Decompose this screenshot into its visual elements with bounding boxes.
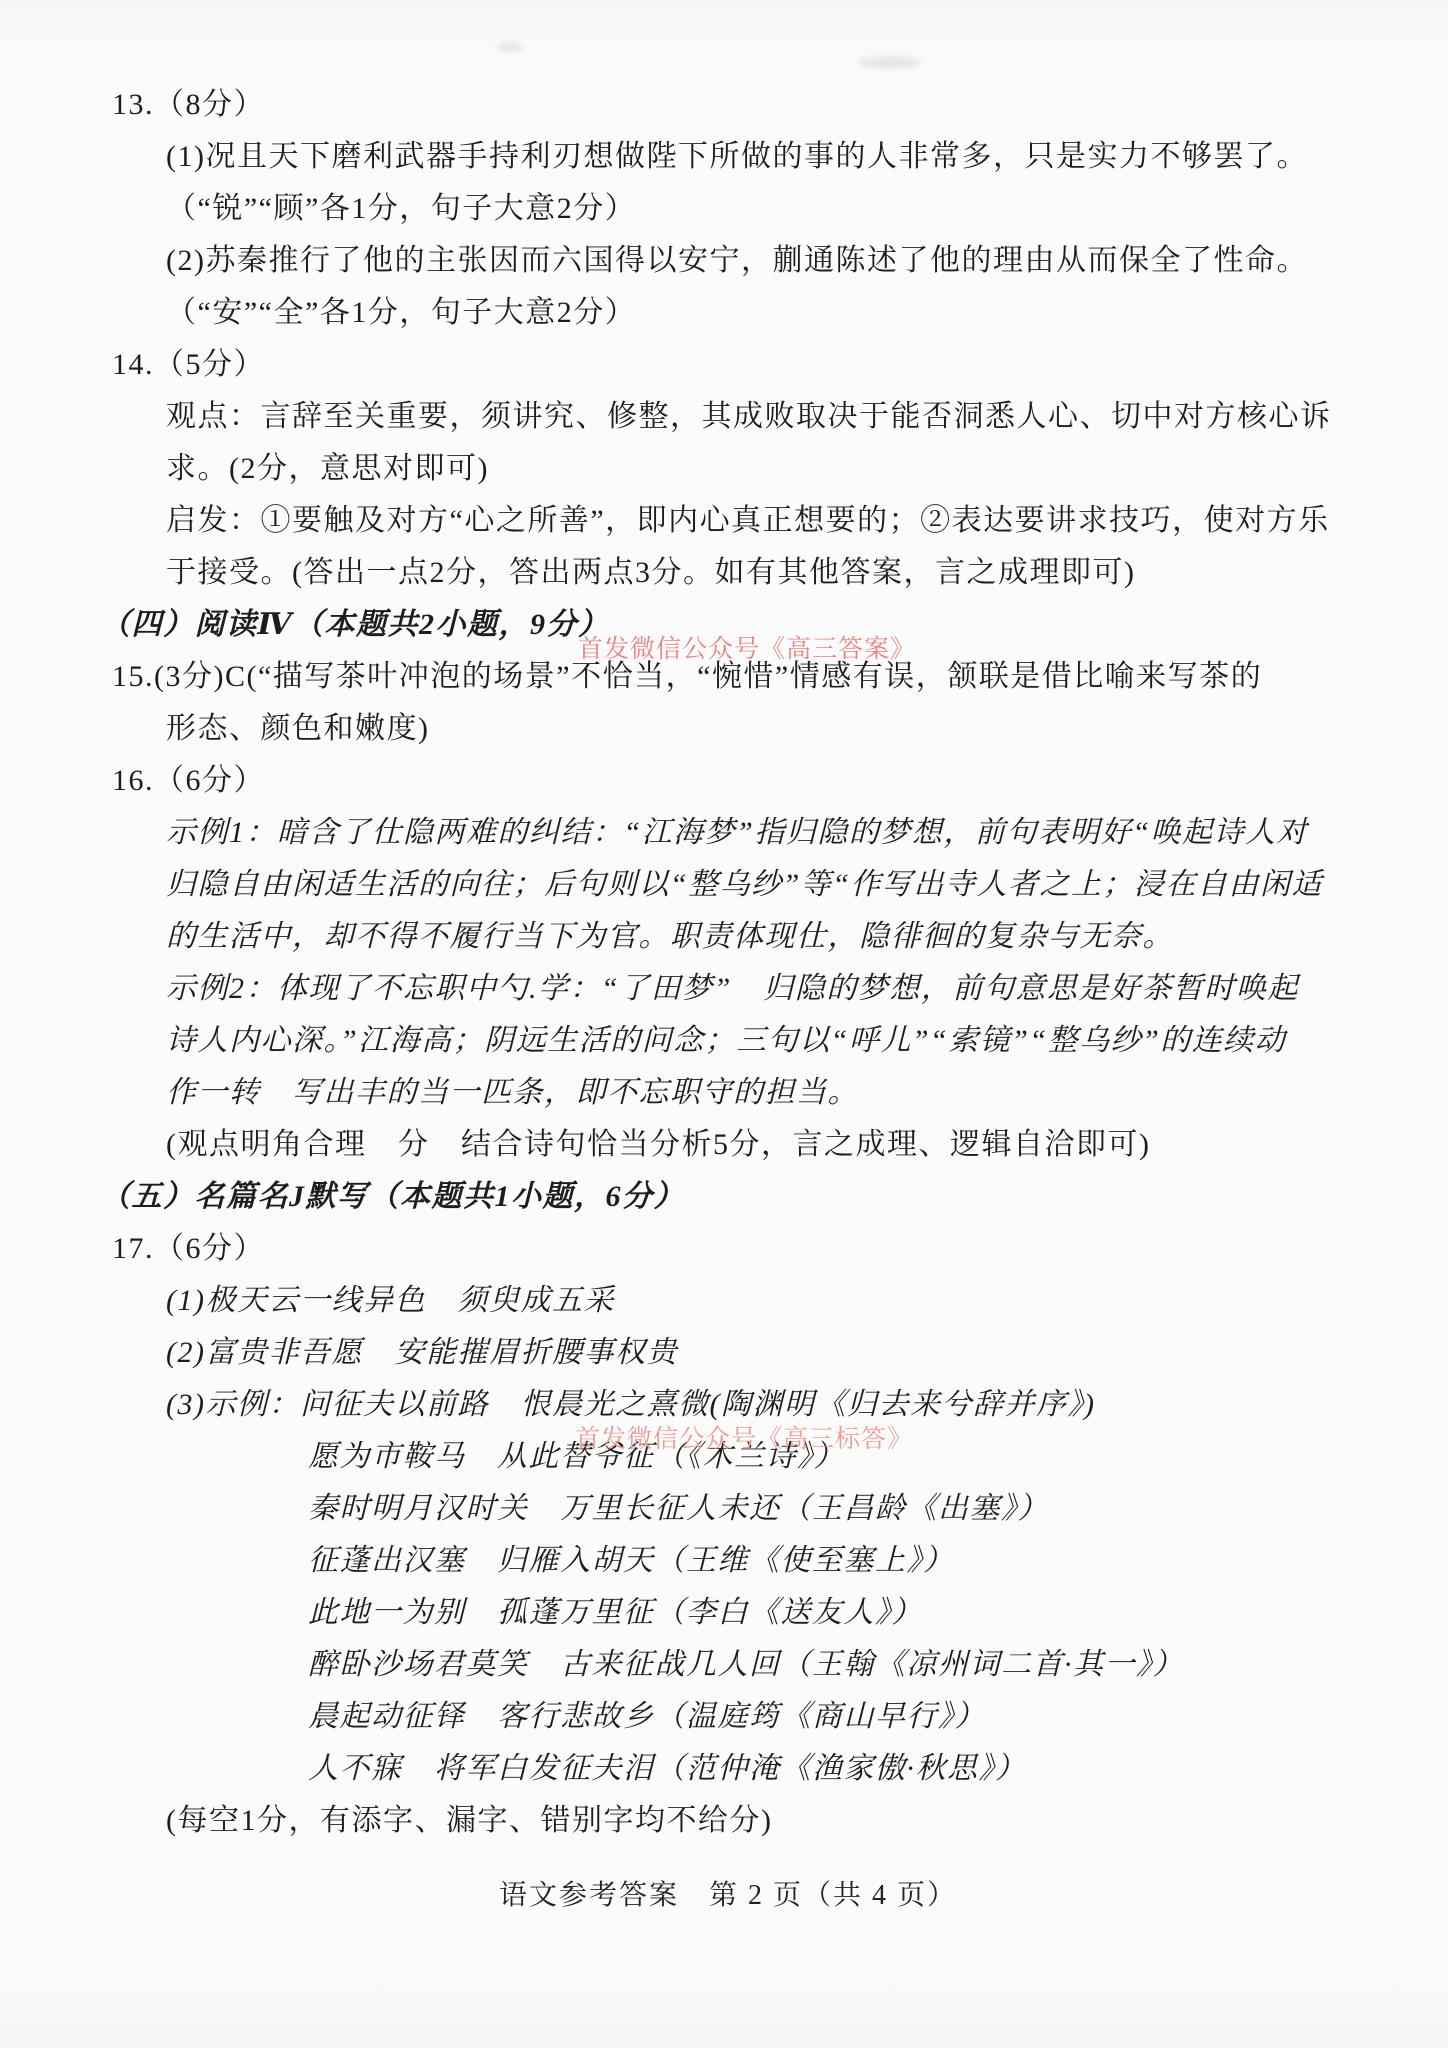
q13-score-2: （“安”“全”各1分，句子大意2分） [100,287,1356,339]
answer-sheet-page: 13.（8分） (1)况且天下磨利武器手持利刃想做陛下所做的事的人非常多，只是实… [0,0,1448,2048]
q17-answer-1: (1)极天云一线异色 须臾成五采 [100,1275,1356,1327]
page-footer: 语文参考答案 第 2 页（共 4 页） [100,1873,1356,1913]
q13-score-1: （“锐”“顾”各1分，句子大意2分） [100,183,1356,235]
q14-inspiration-2: 于接受。(答出一点2分，答出两点3分。如有其他答案，言之成理即可) [100,547,1356,599]
q16-example1-2: 归隐自由闲适生活的向往；后句则以“整乌纱”等“作写出寺人者之上；浸在自由闲适 [100,859,1356,911]
q17-poem-shangshanzaoxing: 晨起动征铎 客行悲故乡（温庭筠《商山早行》） [100,1691,1356,1743]
q14-viewpoint: 观点：言辞至关重要，须讲究、修整，其成败取决于能否洞悉人心、切中对方核心诉 [100,391,1356,443]
q13-answer-2: (2)苏秦推行了他的主张因而六国得以安宁，蒯通陈述了他的理由从而保全了性命。 [100,235,1356,287]
watermark-gaosan-daan: 首发微信公众号《高三答案》 [578,629,916,665]
q14-inspiration: 启发：①要触及对方“心之所善”，即内心真正想要的；②表达要讲求技巧，使对方乐 [100,495,1356,547]
q17-poem-chusai: 秦时明月汉时关 万里长征人未还（王昌龄《出塞》） [100,1483,1356,1535]
q17-poem-shizhisaishang: 征蓬出汉塞 归雁入胡天（王维《使至塞上》） [100,1535,1356,1587]
q16-example2-3: 作一转 写出丰的当一匹条，即不忘职守的担当。 [100,1067,1356,1119]
q16-example1: 示例1：暗含了仕隐两难的纠结：“江海梦”指归隐的梦想，前句表明好“唤起诗人对 [100,807,1356,859]
scan-smudge [497,42,523,52]
q17-header: 17.（6分） [100,1223,1356,1275]
q15-answer-2: 形态、颜色和嫩度) [100,703,1356,755]
q14-viewpoint-2: 求。(2分，意思对即可) [100,443,1356,495]
q16-example2: 示例2：体现了不忘职中勺.学：“了田梦” 归隐的梦想，前句意思是好茶暂时唤起 [100,963,1356,1015]
q16-header: 16.（6分） [100,755,1356,807]
q17-poem-yujiaao: 人不寐 将军白发征夫泪（范仲淹《渔家傲·秋思》） [100,1743,1356,1795]
q16-score-note: (观点明角合理 分 结合诗句恰当分析5分，言之成理、逻辑自洽即可) [100,1119,1356,1171]
watermark-gaosan-biaoda: 首发微信公众号《高三标答》 [575,1419,913,1455]
q13-header: 13.（8分） [100,79,1356,131]
q14-header: 14.（5分） [100,339,1356,391]
q17-poem-liangzhouci: 醉卧沙场君莫笑 古来征战几人回（王翰《凉州词二首·其一》） [100,1639,1356,1691]
q13-answer-1: (1)况且天下磨利武器手持利刃想做陛下所做的事的人非常多，只是实力不够罢了。 [100,131,1356,183]
q16-example1-3: 的生活中，却不得不履行当下为官。职责体现仕，隐徘徊的复杂与无奈。 [100,911,1356,963]
q17-score-note: (每空1分，有添字、漏字、错别字均不给分) [100,1795,1356,1847]
q17-poem-songyouren: 此地一为别 孤蓬万里征（李白《送友人》） [100,1587,1356,1639]
section-5-dictation-header: （五）名篇名J默写（本题共1小题，6分） [100,1171,1356,1223]
q16-example2-2: 诗人内心深。”江海高；阴远生活的问念；三句以“呼儿”“索镜”“整乌纱”的连续动 [100,1015,1356,1067]
q17-answer-2: (2)富贵非吾愿 安能摧眉折腰事权贵 [100,1327,1356,1379]
scan-smudge [858,56,922,69]
